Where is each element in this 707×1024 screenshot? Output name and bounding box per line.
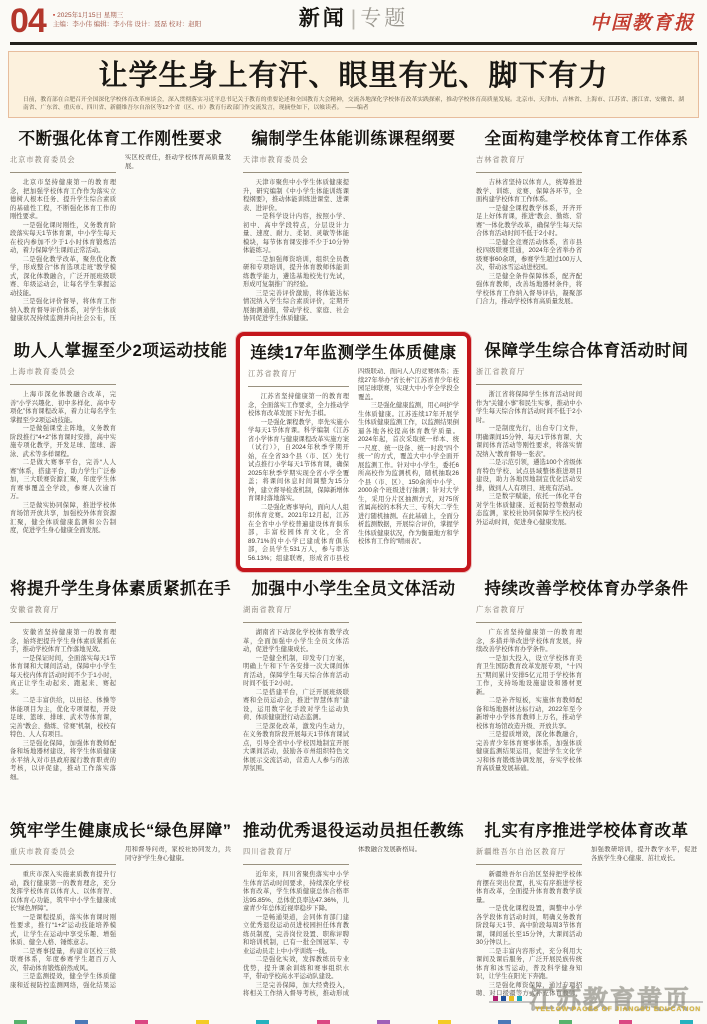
article-title: 助人人掌握至少2项运动技能 bbox=[10, 342, 231, 361]
masthead: 04 ▪2025年1月15日 星期三 主编：李小伟 编辑：李小伟 设计：聂磊 校… bbox=[0, 0, 707, 40]
main-headline: 让学生身上有汗、眼里有光、脚下有力 bbox=[23, 60, 684, 92]
article-body: 湖南省下动深化学校体育教学改革，全面加强中小学生全员文体活动，促进学生健康成长。… bbox=[243, 629, 349, 774]
article-xinjiang: 扎实有序推进学校体育改革 新疆维吾尔自治区教育厅 新疆维吾尔自治区坚持把学校体育… bbox=[476, 815, 697, 1001]
article-title: 连续17年监测学生体质健康 bbox=[248, 344, 459, 363]
article-title: 将提升学生身体素质紧抓在手 bbox=[10, 580, 231, 599]
article-title: 筑牢学生健康成长“绿色屏障” bbox=[10, 822, 231, 841]
article-chongqing: 筑牢学生健康成长“绿色屏障” 重庆市教育委员会 重庆市深入实施素质教育提升行动，… bbox=[10, 815, 231, 1001]
section-title: 新闻|专题 bbox=[0, 7, 707, 31]
article-title: 编制学生体能训练课程纲要 bbox=[243, 130, 464, 149]
newspaper-page: 04 ▪2025年1月15日 星期三 主编：李小伟 编辑：李小伟 设计：聂磊 校… bbox=[0, 0, 707, 1024]
article-body: 北京市坚持健康第一的教育理念，把加强学校体育工作作为落实立德树人根本任务、提升学… bbox=[10, 154, 231, 335]
article-byline: 北京市教育委员会 bbox=[10, 154, 116, 173]
article-zhejiang: 保障学生综合体育活动时间 浙江省教育厅 浙江省将保障学生体育活动时间作为“关键小… bbox=[476, 335, 697, 573]
editor-intro: 日前，教育部在合肥召开全国深化学校体育改革座谈会，深入贯彻落实习近平总书记关于教… bbox=[23, 97, 684, 112]
article-title: 推动优秀退役运动员担任教练 bbox=[243, 822, 464, 841]
article-guangdong: 持续改善学校体育办学条件 广东省教育厅 广东省坚持健康第一的教育理念，多措并举改… bbox=[476, 573, 697, 815]
article-body: 近年来，四川省聚焦落实中小学生体育活动时间要求，持续深化学校体育改革，学生体质健… bbox=[243, 846, 464, 1001]
article-body: 安徽省坚持健康第一的教育理念，始终把提升学生身体素质紧抓在手，推动学校体育工作落… bbox=[10, 629, 116, 782]
article-body: 新疆维吾尔自治区坚持把学校体育摆在突出位置，扎实有序推进学校体育改革，全面提升体… bbox=[476, 846, 697, 1001]
article-body: 天津市聚焦中小学生体质健康提升，研究编制《中小学生体能训练课程纲要》，推动体能训… bbox=[243, 179, 349, 324]
article-body: 重庆市深入实施素质教育提升行动，践行健康第一的教育理念，充分发挥学校体育以体育人… bbox=[10, 846, 231, 1001]
article-beijing: 不断强化体育工作刚性要求 北京市教育委员会 北京市坚持健康第一的教育理念，把加强… bbox=[10, 123, 231, 335]
article-byline: 上海市教育委员会 bbox=[10, 366, 116, 385]
article-grid: 不断强化体育工作刚性要求 北京市教育委员会 北京市坚持健康第一的教育理念，把加强… bbox=[10, 123, 697, 1001]
article-title: 不断强化体育工作刚性要求 bbox=[10, 130, 231, 149]
section-primary: 新闻 bbox=[299, 7, 347, 30]
article-title: 持续改善学校体育办学条件 bbox=[476, 580, 697, 599]
banner: 让学生身上有汗、眼里有光、脚下有力 日前，教育部在合肥召开全国深化学校体育改革座… bbox=[8, 51, 699, 118]
section-divider: | bbox=[351, 7, 356, 30]
masthead-rule bbox=[10, 42, 697, 45]
article-byline: 重庆市教育委员会 bbox=[10, 846, 116, 865]
article-body: 广东省坚持健康第一的教育理念，多措并举改进学校体育发展，持续改善学校体育办学条件… bbox=[476, 629, 582, 774]
article-body: 江苏省坚持健康第一的教育理念，全面落实工作要求，全力推动学校体育改革发展下好先手… bbox=[248, 368, 459, 563]
article-jilin: 全面构建学校体育工作体系 吉林省教育厅 吉林省坚持以体育人，统筹推进教学、训练、… bbox=[476, 123, 697, 335]
article-byline: 新疆维吾尔自治区教育厅 bbox=[476, 846, 582, 865]
article-body: 浙江省将保障学生体育活动时间作为“关键小事”和民生实事，推动中小学生每天综合体育… bbox=[476, 391, 582, 527]
watermark-line bbox=[489, 1001, 703, 1003]
article-anhui: 将提升学生身体素质紧抓在手 安徽省教育厅 安徽省坚持健康第一的教育理念，始终把提… bbox=[10, 573, 231, 815]
article-byline: 广东省教育厅 bbox=[476, 604, 582, 623]
article-byline: 湖南省教育厅 bbox=[243, 604, 349, 623]
article-body: 吉林省坚持以体育人，统筹推进教学、训练、竞赛、保障各环节，全面构建学校体育工作体… bbox=[476, 179, 582, 307]
article-body: 上海市深化体教融合改革，完善“小学兴趣化、初中多样化、高中专项化”体育课程改革，… bbox=[10, 391, 116, 536]
article-byline: 吉林省教育厅 bbox=[476, 154, 582, 173]
watermark-en-text: YELLOW PAGES OF JIANGSU EDUCATION bbox=[535, 1006, 701, 1013]
print-color-bar bbox=[14, 1019, 693, 1024]
article-shanghai: 助人人掌握至少2项运动技能 上海市教育委员会 上海市深化体教融合改革，完善“小学… bbox=[10, 335, 231, 573]
article-sichuan: 推动优秀退役运动员担任教练 四川省教育厅 近年来，四川省聚焦落实中小学生体育活动… bbox=[243, 815, 464, 1001]
article-jiangsu-highlighted: 连续17年监测学生体质健康 江苏省教育厅 江苏省坚持健康第一的教育理念，全面落实… bbox=[236, 332, 471, 572]
article-title: 加强中小学生全员文体活动 bbox=[243, 580, 464, 599]
section-secondary: 专题 bbox=[360, 7, 408, 30]
article-byline: 安徽省教育厅 bbox=[10, 604, 116, 623]
article-title: 保障学生综合体育活动时间 bbox=[476, 342, 697, 361]
article-title: 扎实有序推进学校体育改革 bbox=[476, 822, 697, 841]
article-tianjin: 编制学生体能训练课程纲要 天津市教育委员会 天津市聚焦中小学生体质健康提升，研究… bbox=[243, 123, 464, 335]
article-byline: 浙江省教育厅 bbox=[476, 366, 582, 385]
article-byline: 四川省教育厅 bbox=[243, 846, 349, 865]
article-hunan: 加强中小学生全员文体活动 湖南省教育厅 湖南省下动深化学校体育教学改革，全面加强… bbox=[243, 573, 464, 815]
article-byline: 江苏省教育厅 bbox=[248, 368, 349, 387]
article-title: 全面构建学校体育工作体系 bbox=[476, 130, 697, 149]
article-byline: 天津市教育委员会 bbox=[243, 154, 349, 173]
